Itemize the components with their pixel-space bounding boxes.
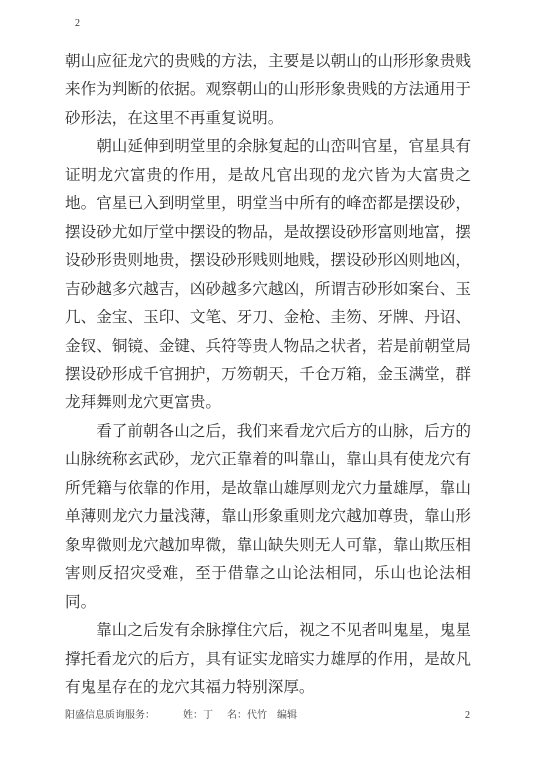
bottom-page-number: 2 <box>465 710 470 721</box>
footer-surname-label: 姓：丁 <box>183 706 213 721</box>
document-body: 朝山应征龙穴的贵贱的方法，主要是以朝山的山形形象贵贱来作为判断的依据。观察朝山的… <box>65 48 471 702</box>
paragraph: 靠山之后发有余脉撑住穴后，视之不见者叫鬼星，鬼星撑托看龙穴的后方，具有证实龙暗实… <box>65 617 471 702</box>
page-footer: 阳盛信息质询服务： 姓：丁 名：代竹 编辑 2 <box>65 706 470 721</box>
footer-editor-label: 编辑 <box>277 706 297 721</box>
footer-service-label: 阳盛信息质询服务： <box>65 706 155 721</box>
paragraph: 看了前朝各山之后，我们来看龙穴后方的山脉，后方的山脉统称玄武砂，龙穴正靠着的叫靠… <box>65 418 471 617</box>
paragraph: 朝山延伸到明堂里的余脉复起的山峦叫官星，官星具有证明龙穴富贵的作用，是故凡官出现… <box>65 133 471 418</box>
paragraph: 朝山应征龙穴的贵贱的方法，主要是以朝山的山形形象贵贱来作为判断的依据。观察朝山的… <box>65 48 471 133</box>
top-page-number: 2 <box>75 18 80 29</box>
footer-info: 阳盛信息质询服务： 姓：丁 名：代竹 编辑 <box>65 706 297 721</box>
footer-given-name-label: 名：代竹 <box>227 706 267 721</box>
document-page: 2 朝山应征龙穴的贵贱的方法，主要是以朝山的山形形象贵贱来作为判断的依据。观察朝… <box>0 0 533 762</box>
